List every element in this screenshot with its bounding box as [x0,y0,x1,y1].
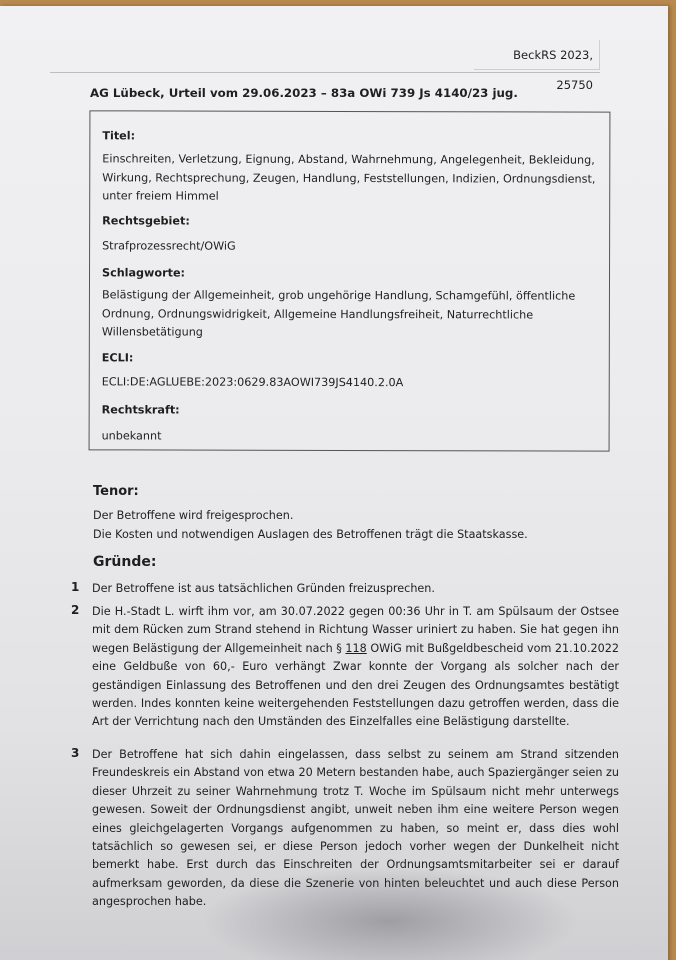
header-divider [50,72,600,73]
paragraph-number: 2 [71,603,79,617]
paragraph-text: Die H.-Stadt L. wirft ihm vor, am 30.07.… [92,603,619,732]
tenor-heading: Tenor: [93,484,139,499]
rechtsgebiet-value: Strafprozessrecht/OWiG [102,237,600,257]
document-page: BeckRS 2023, 25750 AG Lübeck, Urteil vom… [0,6,668,960]
metadata-box: Titel: Einschreiten, Verletzung, Eignung… [89,110,611,451]
tenor-line-2: Die Kosten und notwendigen Auslagen des … [93,528,528,541]
schlagworte-label: Schlagworte: [102,266,185,279]
paragraph-1: 1 Der Betroffene ist aus tatsächlichen G… [71,580,619,598]
titel-label: Titel: [102,129,135,142]
paragraph-text: Der Betroffene hat sich dahin eingelasse… [92,746,619,912]
tenor-line-1: Der Betroffene wird freigesprochen. [93,509,293,522]
law-section-link[interactable]: 118 [345,642,366,655]
gruende-heading: Gründe: [93,554,156,570]
ecli-value: ECLI:DE:AGLUEBE:2023:0629.83AOWI739JS414… [102,373,600,393]
rechtskraft-label: Rechtskraft: [102,403,180,416]
paragraph-text: Der Betroffene ist aus tatsächlichen Grü… [92,580,619,598]
ecli-label: ECLI: [102,351,134,364]
paragraph-number: 1 [71,580,79,594]
case-title: AG Lübeck, Urteil vom 29.06.2023 – 83a O… [90,86,518,100]
rechtsgebiet-label: Rechtsgebiet: [102,214,190,227]
paragraph-3: 3 Der Betroffene hat sich dahin eingelas… [71,746,619,912]
citation-reference: BeckRS 2023, 25750 [474,40,600,70]
titel-value: Einschreiten, Verletzung, Eignung, Absta… [102,150,600,207]
rechtskraft-value: unbekannt [102,427,600,447]
paragraph-2: 2 Die H.-Stadt L. wirft ihm vor, am 30.0… [71,603,619,732]
schlagworte-value: Belästigung der Allgemeinheit, grob unge… [102,286,600,343]
paragraph-number: 3 [71,746,79,760]
